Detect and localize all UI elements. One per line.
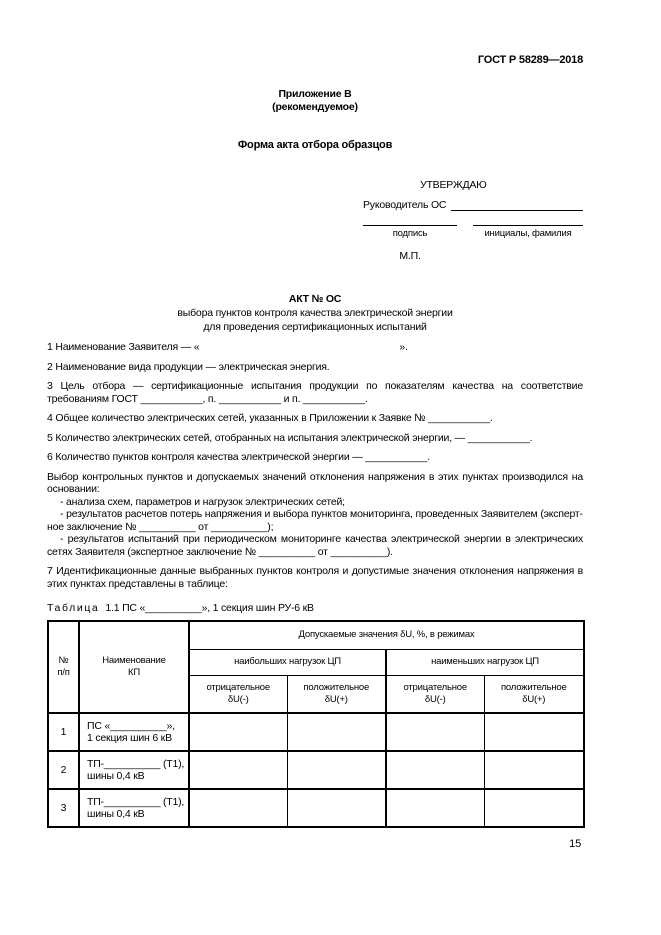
value-cell-empty: [189, 751, 287, 789]
value-cell-empty: [484, 751, 584, 789]
row-number-cell: 3: [48, 789, 79, 827]
value-cell-empty: [386, 789, 484, 827]
control-point-name-cell: ТП-__________ (Т1), шины 0,4 кВ: [79, 751, 189, 789]
paragraph-4: 4 Общее количество электрических сетей, …: [47, 412, 583, 425]
table-row: 2 ТП-__________ (Т1), шины 0,4 кВ: [48, 751, 584, 789]
paragraph-2: 2 Наименование вида продукции — электрич…: [47, 361, 583, 374]
act-heading: АКТ № ОС выбора пунктов контроля качеств…: [47, 292, 583, 334]
paragraph-1-prefix: 1 Наименование Заявителя — «: [47, 341, 199, 353]
approver-blank-line: [451, 199, 583, 211]
basis-item-1: - анализа схем, параметров и нагрузок эл…: [47, 496, 583, 509]
paragraph-7: 7 Идентификационные данные выбранных пун…: [47, 565, 583, 590]
header-negative-min: отрицательное δU(-): [386, 675, 484, 713]
table-caption-text: 1.1 ПС «__________», 1 секция шин РУ-6 к…: [105, 602, 314, 614]
table-row: 1 ПС «__________», 1 секция шин 6 кВ: [48, 713, 584, 751]
act-subtitle-1: выбора пунктов контроля качества электри…: [47, 306, 583, 320]
table-caption: Таблица1.1 ПС «__________», 1 секция шин…: [47, 602, 583, 615]
paragraph-1: 1 Наименование Заявителя — «».: [47, 341, 583, 354]
act-subtitle-2: для проведения сертификационных испытани…: [47, 320, 583, 334]
stamp-abbreviation: М.П.: [363, 250, 457, 263]
paragraph-1-suffix: ».: [399, 341, 407, 353]
value-cell-empty: [189, 713, 287, 751]
document-page: ГОСТ Р 58289—2018 Приложение В (рекоменд…: [0, 0, 661, 935]
approver-role-label: Руководитель ОС: [363, 199, 446, 212]
initials-line: [473, 225, 583, 226]
header-negative-max: отрицательное δU(-): [189, 675, 287, 713]
control-point-name-cell: ТП-__________ (Т1), шины 0,4 кВ: [79, 789, 189, 827]
basis-intro: Выбор контрольных пунктов и допускаемых …: [47, 471, 583, 496]
paragraph-5: 5 Количество электрических сетей, отобра…: [47, 432, 583, 445]
approval-block: УТВЕРЖДАЮ Руководитель ОС подпись М.П. и…: [363, 179, 583, 262]
standard-number: ГОСТ Р 58289—2018: [47, 54, 583, 67]
signature-caption: подпись: [363, 228, 457, 241]
basis-item-2: - результатов расчетов потерь напряжения…: [47, 508, 583, 533]
header-positive-min: положительное δU(+): [484, 675, 584, 713]
value-cell-empty: [287, 713, 386, 751]
header-positive-max: положительное δU(+): [287, 675, 386, 713]
basis-item-3: - результатов испытаний при периодическо…: [47, 533, 583, 558]
annex-heading: Приложение В (рекомендуемое): [47, 88, 583, 114]
page-number: 15: [569, 838, 581, 851]
row-number-cell: 1: [48, 713, 79, 751]
value-cell-empty: [386, 751, 484, 789]
signature-line: [363, 225, 457, 226]
value-cell-empty: [386, 713, 484, 751]
initials-column: инициалы, фамилия: [473, 225, 583, 262]
form-title: Форма акта отбора образцов: [47, 139, 583, 152]
approve-heading: УТВЕРЖДАЮ: [363, 179, 583, 192]
value-cell-empty: [189, 789, 287, 827]
paragraph-3: 3 Цель отбора — сертификационные испытан…: [47, 380, 583, 405]
control-point-name-cell: ПС «__________», 1 секция шин 6 кВ: [79, 713, 189, 751]
initials-caption: инициалы, фамилия: [473, 228, 583, 241]
paragraph-6: 6 Количество пунктов контроля качества э…: [47, 451, 583, 464]
approver-row: Руководитель ОС: [363, 199, 583, 212]
signature-column: подпись М.П.: [363, 225, 457, 262]
value-cell-empty: [287, 789, 386, 827]
header-allowed-values-group: Допускаемые значения δU, %, в режимах: [189, 621, 584, 650]
act-title: АКТ № ОС: [47, 292, 583, 306]
table-row: 3 ТП-__________ (Т1), шины 0,4 кВ: [48, 789, 584, 827]
annex-subtitle: (рекомендуемое): [47, 101, 583, 114]
header-row-number: № п/п: [48, 621, 79, 713]
table-caption-label: Таблица: [47, 602, 99, 614]
value-cell-empty: [484, 713, 584, 751]
header-min-load-group: наименьших нагрузок ЦП: [386, 649, 584, 675]
control-points-table: № п/п Наименование КП Допускаемые значен…: [47, 620, 585, 828]
value-cell-empty: [484, 789, 584, 827]
annex-title: Приложение В: [47, 88, 583, 101]
value-cell-empty: [287, 751, 386, 789]
header-control-point-name: Наименование КП: [79, 621, 189, 713]
signature-row: подпись М.П. инициалы, фамилия: [363, 225, 583, 262]
header-max-load-group: наибольших нагрузок ЦП: [189, 649, 386, 675]
row-number-cell: 2: [48, 751, 79, 789]
